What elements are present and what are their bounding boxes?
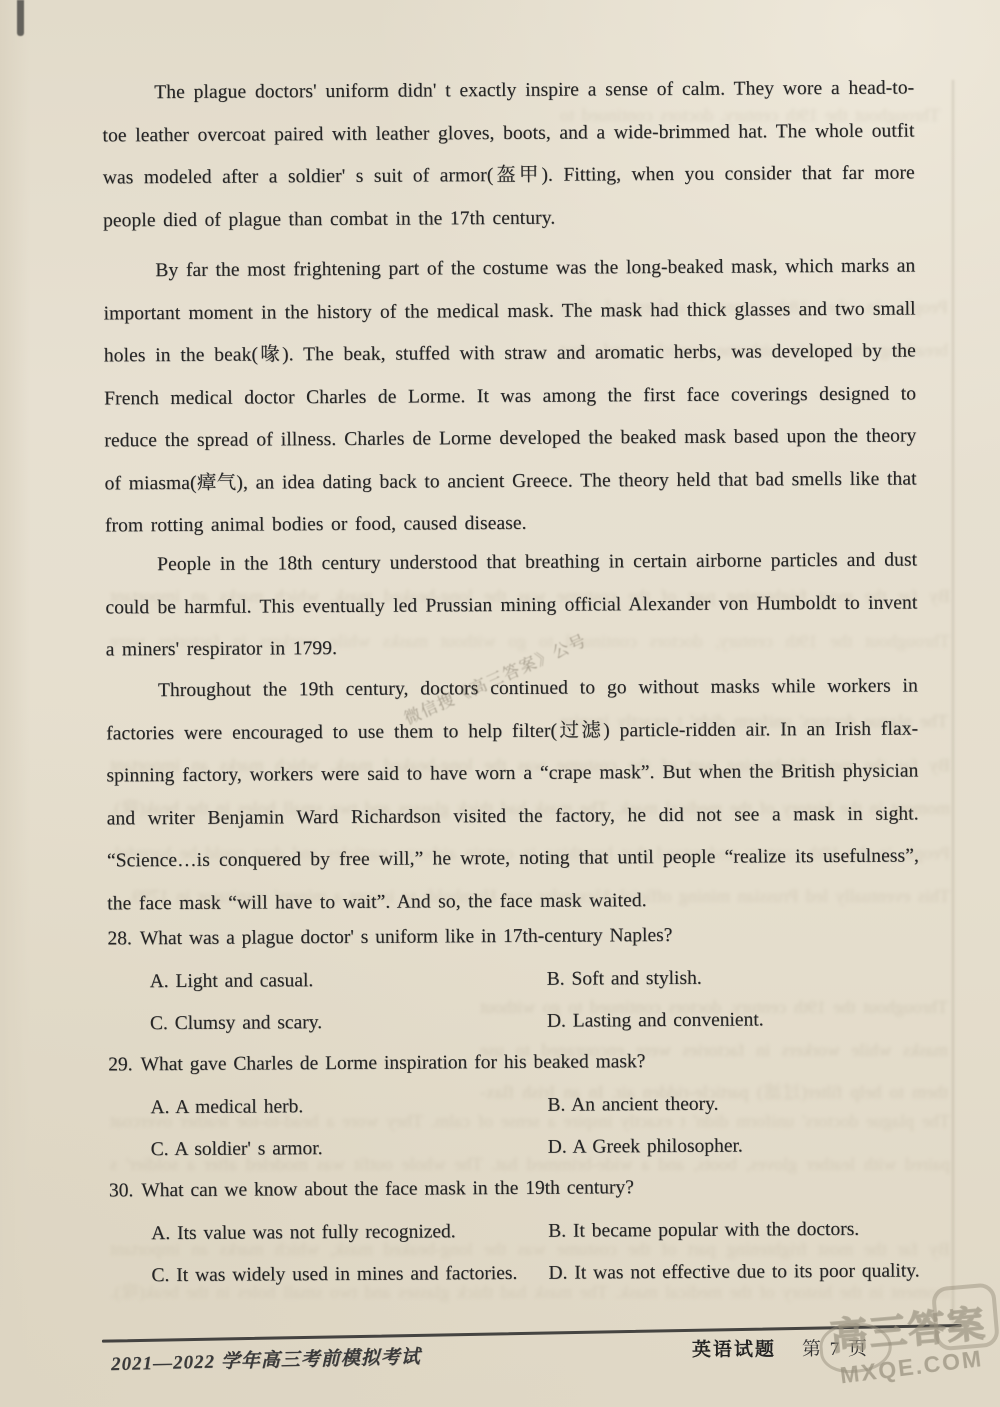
question-29-options: A. A medical herb. B. An ancient theory.… (108, 1082, 921, 1172)
option-d: D. A Greek philosopher. (548, 1124, 921, 1169)
option-a: A. Light and casual. (150, 958, 547, 1003)
option-a: A. A medical herb. (150, 1084, 547, 1129)
option-a: A. Its value was not fully recognized. (151, 1210, 548, 1255)
page-fold-line (952, 80, 954, 1330)
question-30-stem: 30.What can we know about the face mask … (109, 1165, 921, 1212)
passage-paragraph-4: Throughout the 19th century, doctors con… (106, 665, 920, 925)
reading-passage: The plague doctors' uniform didn' t exac… (0, 0, 996, 3)
option-d: D. Lasting and convenient. (547, 998, 920, 1043)
question-30: 30.What can we know about the face mask … (109, 1165, 922, 1297)
passage-paragraph-3: People in the 18th century understood th… (105, 539, 918, 671)
question-text: What can we know about the face mask in … (141, 1177, 634, 1201)
question-30-options: A. Its value was not fully recognized. B… (109, 1208, 922, 1298)
scan-edge-mark (17, 0, 24, 36)
option-d: D. It was not effective due to its poor … (548, 1250, 921, 1295)
question-29: 29.What gave Charles de Lorme inspiratio… (108, 1039, 921, 1171)
passage-paragraph-1: The plague doctors' uniform didn' t exac… (102, 67, 915, 242)
footer-subject: 英语试题 (692, 1334, 776, 1362)
question-number: 28. (107, 928, 132, 949)
option-b: B. Soft and stylish. (547, 956, 920, 1001)
option-c: C. It was widely used in mines and facto… (151, 1253, 548, 1298)
question-28-stem: 28.What was a plague doctor' s uniform l… (107, 913, 919, 960)
passage-paragraph-2: By far the most frightening part of the … (103, 245, 917, 547)
question-28: 28.What was a plague doctor' s uniform l… (107, 913, 920, 1045)
answer-site-watermark: 高三答案 MXQE.COM (811, 1282, 1000, 1407)
question-29-stem: 29.What gave Charles de Lorme inspiratio… (108, 1039, 920, 1086)
footer-exam-session: 2021—2022 学年高三考前模拟考试 (111, 1342, 421, 1376)
scanned-exam-page: Throughout the 19th century, doctors con… (0, 0, 1000, 1407)
option-c: C. Clumsy and scary. (150, 1001, 547, 1046)
option-c: C. A soldier' s armor. (151, 1127, 548, 1172)
option-b: B. An ancient theory. (547, 1082, 920, 1127)
question-28-options: A. Light and casual. B. Soft and stylish… (108, 956, 921, 1046)
question-number: 29. (108, 1054, 133, 1075)
question-text: What gave Charles de Lorme inspiration f… (141, 1051, 646, 1075)
question-number: 30. (109, 1180, 134, 1201)
question-text: What was a plague doctor' s uniform like… (140, 925, 673, 949)
page-content: The plague doctors' uniform didn' t exac… (0, 0, 1000, 1407)
option-b: B. It became popular with the doctors. (548, 1208, 921, 1253)
